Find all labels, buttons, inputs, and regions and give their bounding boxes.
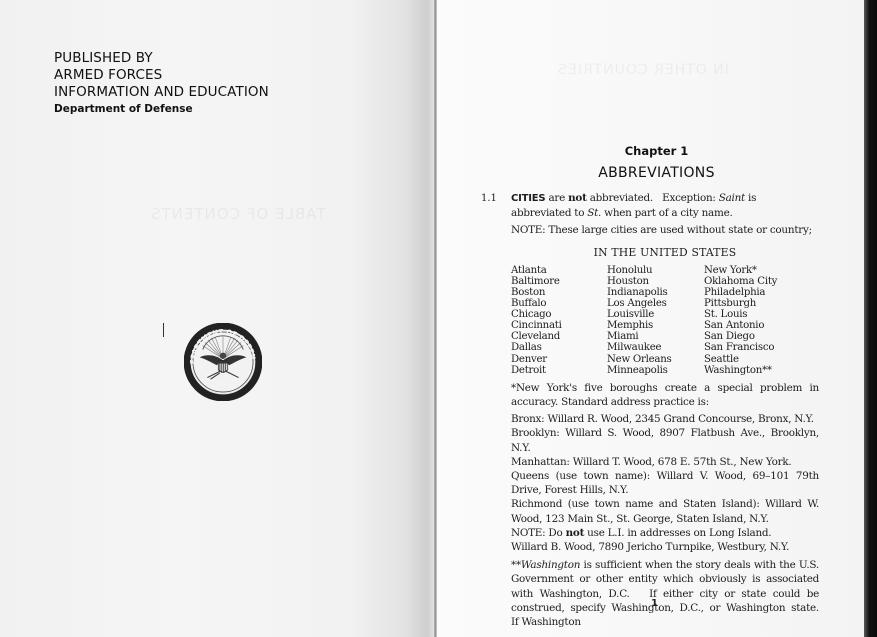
city-column-3: New York*Oklahoma CityPhiladelphiaPittsb…	[704, 265, 819, 376]
city-name: Cleveland	[511, 331, 607, 342]
bleed-through-text: TABLE OF CONTENTS	[150, 205, 325, 223]
borough-address: Manhattan: Willard T. Wood, 678 E. 57th …	[511, 455, 819, 469]
publisher-line-3: INFORMATION AND EDUCATION	[54, 84, 269, 101]
city-column-2: HonoluluHoustonIndianapolisLos AngelesLo…	[607, 265, 704, 376]
city-name: Boston	[511, 287, 607, 298]
city-name: Dallas	[511, 342, 607, 353]
rule-text: abbreviated. Exception:	[587, 192, 719, 204]
publisher-department: Department of Defense	[54, 102, 269, 117]
rule-italic: St.	[587, 207, 601, 219]
city-name: Cincinnati	[511, 320, 607, 331]
rule-emphasis: not	[568, 192, 587, 204]
city-name: Indianapolis	[607, 287, 704, 298]
note-paragraph: NOTE: These large cities are used withou…	[511, 223, 819, 237]
city-name: Philadelphia	[704, 287, 819, 298]
city-name: Detroit	[511, 365, 607, 376]
city-name: Pittsburgh	[704, 298, 819, 309]
city-name: San Diego	[704, 331, 819, 342]
rule-text: are	[545, 192, 568, 204]
rule-text: when part of a city name.	[601, 207, 732, 219]
footnote-new-york: *New York's five boroughs create a speci…	[511, 381, 819, 409]
city-name: Buffalo	[511, 298, 607, 309]
footnote-stars: **	[511, 559, 521, 571]
footnote-italic: Washington	[521, 559, 580, 571]
margin-mark	[163, 323, 164, 337]
city-name: Memphis	[607, 320, 704, 331]
city-name: Los Angeles	[607, 298, 704, 309]
city-name: Milwaukee	[607, 342, 704, 353]
borough-address: Queens (use town name): Willard V. Wood,…	[511, 469, 819, 497]
publisher-block: PUBLISHED BY ARMED FORCES INFORMATION AN…	[54, 50, 269, 117]
city-name: Denver	[511, 354, 607, 365]
city-name: Honolulu	[607, 265, 704, 276]
city-name: Baltimore	[511, 276, 607, 287]
page-number: 1	[437, 598, 864, 609]
city-name: Oklahoma City	[704, 276, 819, 287]
city-name: Miami	[607, 331, 704, 342]
note-long-island: NOTE: Do not use L.I. in addresses on Lo…	[511, 526, 819, 540]
note-text: NOTE: Do	[511, 527, 566, 539]
address-list: Bronx: Willard R. Wood, 2345 Grand Conco…	[511, 412, 819, 526]
publisher-line-2: ARMED FORCES	[54, 67, 269, 84]
note-emphasis: not	[566, 527, 585, 539]
city-name: Washington**	[704, 365, 819, 376]
rule-paragraph: CITIES are not abbreviated. Exception: S…	[511, 191, 819, 220]
borough-address: Richmond (use town name and Staten Islan…	[511, 497, 819, 525]
city-name: St. Louis	[704, 309, 819, 320]
page-edge-shadow	[864, 0, 877, 637]
city-name: San Antonio	[704, 320, 819, 331]
section-number: 1.1	[481, 193, 497, 204]
address-long-island: Willard B. Wood, 7890 Jericho Turnpike, …	[511, 540, 819, 554]
footnote-washington: **Washington is sufficient when the stor…	[511, 558, 819, 629]
book-spread: TABLE OF CONTENTS PUBLISHED BY ARMED FOR…	[0, 0, 877, 637]
rule-italic: Saint	[719, 192, 745, 204]
city-name: New Orleans	[607, 354, 704, 365]
city-name: Chicago	[511, 309, 607, 320]
city-name: Minneapolis	[607, 365, 704, 376]
bleed-through-text: IN OTHER COUNTRIES	[557, 62, 729, 78]
chapter-title: ABBREVIATIONS	[437, 165, 864, 181]
city-list: AtlantaBaltimoreBostonBuffaloChicagoCinc…	[511, 265, 819, 376]
left-page: TABLE OF CONTENTS PUBLISHED BY ARMED FOR…	[0, 0, 436, 637]
note-text: use L.I. in addresses on Long Island.	[584, 527, 771, 539]
city-name: Seattle	[704, 354, 819, 365]
chapter-body: CITIES are not abbreviated. Exception: S…	[511, 191, 819, 629]
city-name: New York*	[704, 265, 819, 276]
chapter-label: Chapter 1	[437, 144, 864, 158]
city-name: San Francisco	[704, 342, 819, 353]
city-name: Atlanta	[511, 265, 607, 276]
borough-address: Brooklyn: Willard S. Wood, 8907 Flatbush…	[511, 426, 819, 454]
department-of-defense-seal-icon: DEPARTMENT OF DEFENSE UNITED STATES OF A…	[184, 323, 262, 401]
borough-address: Bronx: Willard R. Wood, 2345 Grand Conco…	[511, 412, 819, 426]
city-column-1: AtlantaBaltimoreBostonBuffaloChicagoCinc…	[511, 265, 607, 376]
city-name: Houston	[607, 276, 704, 287]
city-name: Louisville	[607, 309, 704, 320]
rule-keyword: CITIES	[511, 193, 545, 204]
publisher-line-1: PUBLISHED BY	[54, 50, 269, 67]
subheading: IN THE UNITED STATES	[511, 246, 819, 260]
